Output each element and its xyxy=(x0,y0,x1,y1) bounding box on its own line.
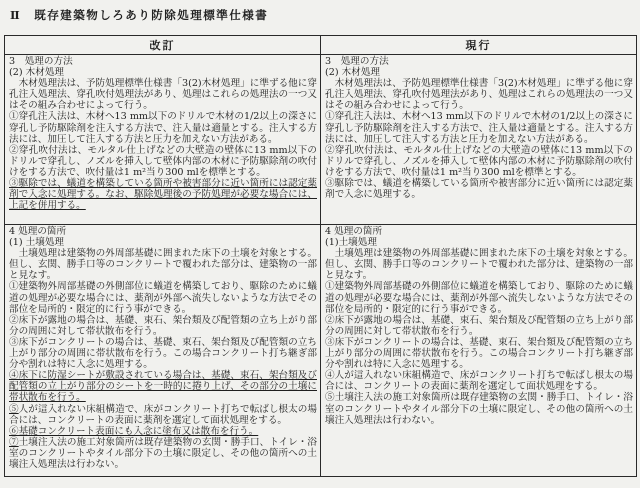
paragraph: 4 処理の箇所 xyxy=(325,226,633,237)
paragraph: (1)土壌処理 xyxy=(325,237,633,248)
cell-current-treatment-methods: 3 処理の方法(2) 木材処理 木材処理法は、予防処理標準仕様書「3(2)木材処… xyxy=(325,56,633,200)
paragraph: ②穿孔吹付法は、モルタル仕上げなどの大壁造の壁体に13 mm以下のドリルで穿孔し… xyxy=(325,145,633,178)
cell-revised-treatment-methods: 3 処理の方法(2) 木材処理 木材処理法は、予防処理標準仕様書「3(2)木材処… xyxy=(9,56,317,211)
paragraph: ①穿孔注入法は、木材へ13 mm以下のドリルで木材の1/2以上の深さに穿孔し予防… xyxy=(325,111,633,144)
page-title: Ⅱ 既存建築物しろあり防除処理標準仕様書 xyxy=(10,7,268,23)
column-header-revised: 改訂 xyxy=(5,36,321,55)
paragraph: ④人が這入れない床組構造で、床がコンクリート打ちで転ばし根太の場合には、コンクリ… xyxy=(325,370,633,392)
table-header-row: 改訂 現行 xyxy=(5,36,637,55)
paragraph: 土壌処理は建築物の外周部基礎に囲まれた床下の土壌を対象とする。但し、玄関、勝手口… xyxy=(325,248,633,281)
paragraph: ①建築物外周部基礎の外側部位に蟻道を構築しており、駆除のために蟻道の処理が必要な… xyxy=(9,281,317,314)
paragraph: ⑦土壌注入法の施工対象箇所は既存建築物の玄関・勝手口、トイレ・浴室のコンクリート… xyxy=(9,437,317,470)
paragraph: ②床下が露地の場合は、基礎、束石、架台類及び配管類の立ち上がり部分の周囲に対して… xyxy=(9,315,317,337)
paragraph: 木材処理法は、予防処理標準仕様書「3(2)木材処理」に準ずる他に穿孔注入処理法、… xyxy=(9,78,317,111)
cell-current-treatment-locations: 4 処理の箇所(1)土壌処理 土壌処理は建築物の外周部基礎に囲まれた床下の土壌を… xyxy=(325,226,633,426)
paragraph: ⑥基礎コンクリート表面にも入念に塗布又は散布を行う。 xyxy=(9,426,317,437)
table-row-treatment-locations: 4 処理の箇所(1) 土壌処理 土壌処理は建築物の外周部基礎に囲まれた床下の土壌… xyxy=(5,225,637,477)
paragraph: ③駆除では、蟻道を構築している箇所や被害部分に近い箇所には認定薬剤で入念に処理す… xyxy=(325,178,633,200)
paragraph: ③床下がコンクリートの場合は、基礎、束石、架台類及び配管類の立ち上がり部分の周囲… xyxy=(9,337,317,370)
paragraph: ②床下が露地の場合は、基礎、束石、架台類及び配管類の立ち上がり部分の周囲に対して… xyxy=(325,315,633,337)
paragraph: 木材処理法は、予防処理標準仕様書「3(2)木材処理」に準ずる他に穿孔注入処理法、… xyxy=(325,78,633,111)
cell-revised-treatment-locations: 4 処理の箇所(1) 土壌処理 土壌処理は建築物の外周部基礎に囲まれた床下の土壌… xyxy=(9,226,317,470)
paragraph: (2) 木材処理 xyxy=(9,67,317,78)
paragraph: (1) 土壌処理 xyxy=(9,237,317,248)
comparison-table: 改訂 現行 3 処理の方法(2) 木材処理 木材処理法は、予防処理標準仕様書「3… xyxy=(4,35,637,477)
paragraph: 3 処理の方法 xyxy=(325,56,633,67)
table-row-treatment-methods: 3 処理の方法(2) 木材処理 木材処理法は、予防処理標準仕様書「3(2)木材処… xyxy=(5,55,637,225)
paragraph: ①穿孔注入法は、木材へ13 mm以下のドリルで木材の1/2以上の深さに穿孔し予防… xyxy=(9,111,317,144)
paragraph: ②穿孔吹付法は、モルタル仕上げなどの大壁造の壁体に13 mm以下のドリルで穿孔し… xyxy=(9,145,317,178)
paragraph: ④床下に防湿シートが敷設されている場合は、基礎、束石、架台類及び配管類の立上がり… xyxy=(9,370,317,403)
paragraph: ③床下がコンクリートの場合は、基礎、束石、架台類及び配管類の立ち上がり部分の周囲… xyxy=(325,337,633,370)
paragraph: ③駆除では、蟻道を構築している箇所や被害部分に近い箇所には認定薬剤で入念に処理す… xyxy=(9,178,317,211)
paragraph: 土壌処理は建築物の外周部基礎に囲まれた床下の土壌を対象とする。但し、玄関、勝手口… xyxy=(9,248,317,281)
paragraph: ⑤人が這入れない床組構造で、床がコンクリート打ちで転ばし根太の場合には、コンクリ… xyxy=(9,404,317,426)
paragraph: 4 処理の箇所 xyxy=(9,226,317,237)
paragraph: ①建築物外周部基礎の外側部位に蟻道を構築しており、駆除のために蟻道の処理が必要な… xyxy=(325,281,633,314)
column-header-current: 現行 xyxy=(321,36,637,55)
paragraph: (2) 木材処理 xyxy=(325,67,633,78)
paragraph: 3 処理の方法 xyxy=(9,56,317,67)
paragraph: ⑤土壌注入法の施工対象箇所は既存建築物の玄関・勝手口、トイレ・浴室のコンクリート… xyxy=(325,392,633,425)
